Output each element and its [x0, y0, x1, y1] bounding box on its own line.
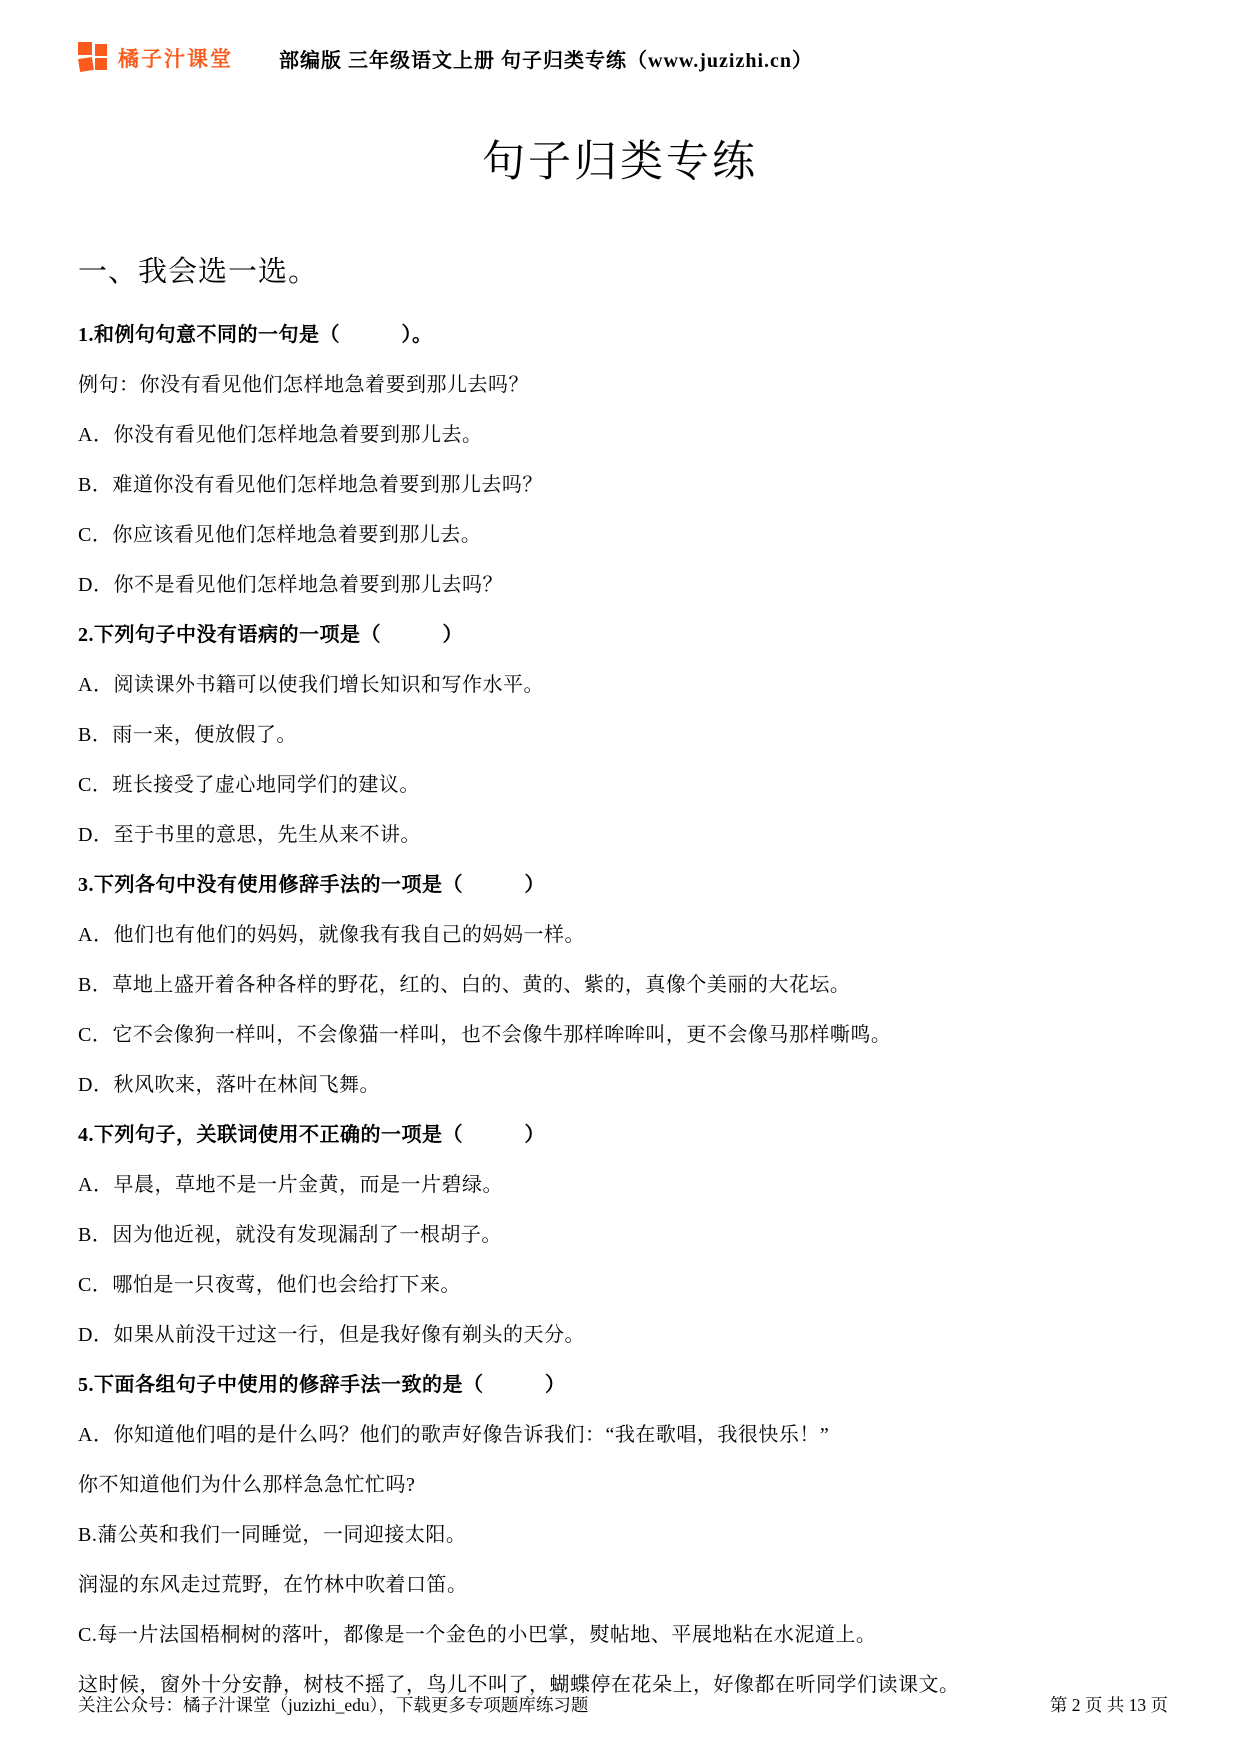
question-3-option-d: D．秋风吹来，落叶在林间飞舞。 — [78, 1074, 1162, 1097]
question-5-option-c: C.每一片法国梧桐树的落叶，都像是一个金色的小巴掌，熨帖地、平展地粘在水泥道上。 — [78, 1624, 1162, 1647]
question-3-option-a: A．他们也有他们的妈妈，就像我有我自己的妈妈一样。 — [78, 924, 1162, 947]
question-2: 2.下列句子中没有语病的一项是（ ） A．阅读课外书籍可以使我们增长知识和写作水… — [78, 624, 1162, 847]
question-5-option-a: A．你知道他们唱的是什么吗？他们的歌声好像告诉我们：“我在歌唱，我很快乐！” — [78, 1424, 1162, 1447]
section-heading: 一、我会选一选。 — [78, 249, 1162, 290]
question-4-option-d: D．如果从前没干过这一行，但是我好像有剃头的天分。 — [78, 1324, 1162, 1347]
brand-logo: 橘子汁课堂 — [78, 41, 233, 75]
question-2-option-a: A．阅读课外书籍可以使我们增长知识和写作水平。 — [78, 674, 1162, 697]
question-2-option-c: C．班长接受了虚心地同学们的建议。 — [78, 774, 1162, 797]
orange-squares-icon — [78, 41, 110, 75]
question-3-option-c: C．它不会像狗一样叫，不会像猫一样叫，也不会像牛那样哞哞叫，更不会像马那样嘶鸣。 — [78, 1024, 1162, 1047]
question-5-stem: 5.下面各组句子中使用的修辞手法一致的是（ ） — [78, 1374, 1162, 1397]
page-footer: 关注公众号：橘子汁课堂（juzizhi_edu），下载更多专项题库练习题 第 2… — [78, 1692, 1168, 1717]
question-2-option-d: D．至于书里的意思，先生从来不讲。 — [78, 824, 1162, 847]
question-4: 4.下列句子，关联词使用不正确的一项是（ ） A．早晨，草地不是一片金黄，而是一… — [78, 1124, 1162, 1347]
question-1-option-d: D．你不是看见他们怎样地急着要到那儿去吗？ — [78, 574, 1162, 597]
question-1-option-a: A．你没有看见他们怎样地急着要到那儿去。 — [78, 424, 1162, 447]
question-3-option-b: B．草地上盛开着各种各样的野花，红的、白的、黄的、紫的，真像个美丽的大花坛。 — [78, 974, 1162, 997]
question-5-option-b: B.蒲公英和我们一同睡觉，一同迎接太阳。 — [78, 1524, 1162, 1547]
question-2-stem: 2.下列句子中没有语病的一项是（ ） — [78, 624, 1162, 647]
footer-promo-text: 关注公众号：橘子汁课堂（juzizhi_edu），下载更多专项题库练习题 — [78, 1692, 588, 1717]
brand-logo-text: 橘子汁课堂 — [118, 43, 233, 73]
question-1-stem: 1.和例句句意不同的一句是（ ）。 — [78, 324, 1162, 347]
document-header-title: 部编版 三年级语文上册 句子归类专练（www.juzizhi.cn） — [279, 44, 813, 73]
worksheet-content: 一、我会选一选。 1.和例句句意不同的一句是（ ）。 例句：你没有看见他们怎样地… — [0, 249, 1240, 1697]
question-5-option-a-continuation: 你不知道他们为什么那样急急忙忙吗? — [78, 1474, 1162, 1497]
page-header: 橘子汁课堂 部编版 三年级语文上册 句子归类专练（www.juzizhi.cn） — [0, 0, 1240, 78]
question-1-option-b: B．难道你没有看见他们怎样地急着要到那儿去吗？ — [78, 474, 1162, 497]
question-1-option-c: C．你应该看见他们怎样地急着要到那儿去。 — [78, 524, 1162, 547]
page-number: 第 2 页 共 13 页 — [1050, 1692, 1168, 1717]
question-2-option-b: B．雨一来，便放假了。 — [78, 724, 1162, 747]
worksheet-page: 橘子汁课堂 部编版 三年级语文上册 句子归类专练（www.juzizhi.cn）… — [0, 0, 1240, 1754]
question-5-option-b-continuation: 润湿的东风走过荒野，在竹林中吹着口笛。 — [78, 1574, 1162, 1597]
question-3: 3.下列各句中没有使用修辞手法的一项是（ ） A．他们也有他们的妈妈，就像我有我… — [78, 874, 1162, 1097]
question-1: 1.和例句句意不同的一句是（ ）。 例句：你没有看见他们怎样地急着要到那儿去吗？… — [78, 324, 1162, 597]
question-4-option-c: C．哪怕是一只夜莺，他们也会给打下来。 — [78, 1274, 1162, 1297]
question-5: 5.下面各组句子中使用的修辞手法一致的是（ ） A．你知道他们唱的是什么吗？他们… — [78, 1374, 1162, 1697]
question-4-option-b: B．因为他近视，就没有发现漏刮了一根胡子。 — [78, 1224, 1162, 1247]
question-4-option-a: A．早晨，草地不是一片金黄，而是一片碧绿。 — [78, 1174, 1162, 1197]
page-title: 句子归类专练 — [0, 128, 1240, 189]
question-1-example-sentence: 例句：你没有看见他们怎样地急着要到那儿去吗？ — [78, 374, 1162, 397]
question-4-stem: 4.下列句子，关联词使用不正确的一项是（ ） — [78, 1124, 1162, 1147]
question-3-stem: 3.下列各句中没有使用修辞手法的一项是（ ） — [78, 874, 1162, 897]
